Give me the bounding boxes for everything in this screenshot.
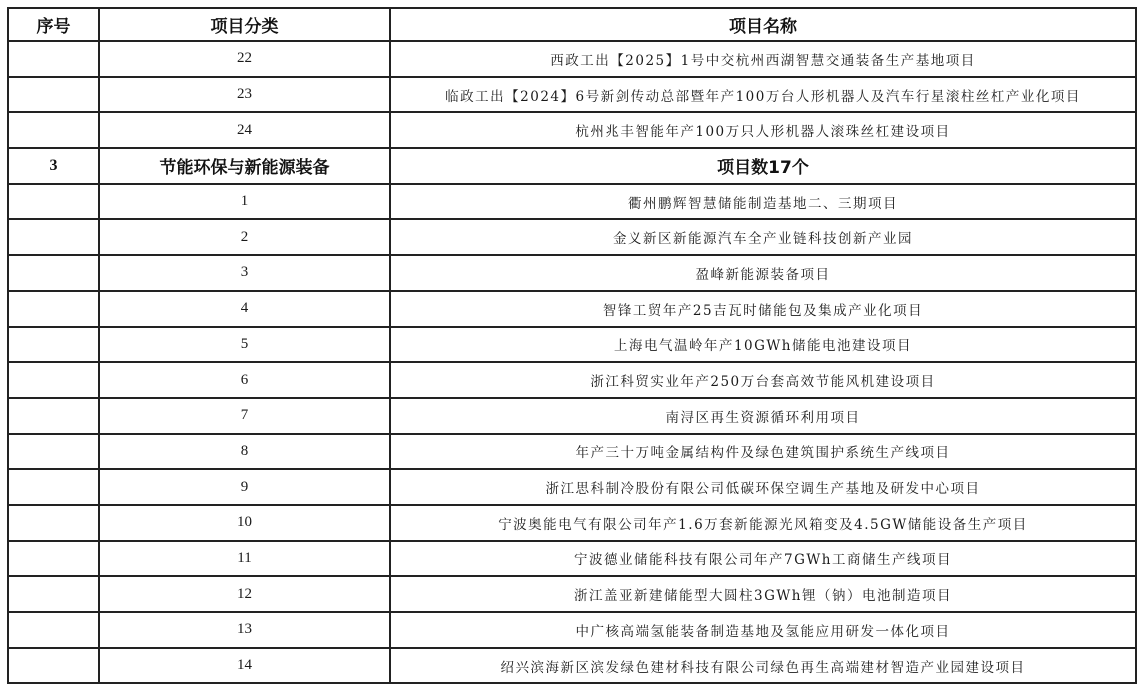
project-number: 23 [99,77,390,113]
project-name: 西政工出【2025】1号中交杭州西湖智慧交通装备生产基地项目 [390,41,1136,77]
index-cell [8,541,99,577]
project-number: 8 [99,434,390,470]
header-category: 项目分类 [99,8,390,41]
index-cell [8,576,99,612]
section-category: 节能环保与新能源装备 [99,148,390,184]
project-number: 5 [99,327,390,363]
index-cell [8,612,99,648]
table-row: 9 浙江思科制冷股份有限公司低碳环保空调生产基地及研发中心项目 [8,469,1136,505]
project-number: 10 [99,505,390,541]
project-number: 13 [99,612,390,648]
project-name: 中广核高端氢能装备制造基地及氢能应用研发一体化项目 [390,612,1136,648]
project-name: 金义新区新能源汽车全产业链科技创新产业园 [390,219,1136,255]
section-row: 3 节能环保与新能源装备 项目数17个 [8,148,1136,184]
project-number: 2 [99,219,390,255]
index-cell [8,291,99,327]
project-name: 衢州鹏辉智慧储能制造基地二、三期项目 [390,184,1136,220]
project-name: 绍兴滨海新区滨发绿色建材科技有限公司绿色再生高端建材智造产业园建设项目 [390,648,1136,684]
project-number: 9 [99,469,390,505]
project-number: 12 [99,576,390,612]
index-cell [8,41,99,77]
index-cell [8,648,99,684]
project-name: 杭州兆丰智能年产100万只人形机器人滚珠丝杠建设项目 [390,112,1136,148]
index-cell [8,362,99,398]
table-row: 24 杭州兆丰智能年产100万只人形机器人滚珠丝杠建设项目 [8,112,1136,148]
index-cell [8,505,99,541]
section-summary: 项目数17个 [390,148,1136,184]
table-row: 13 中广核高端氢能装备制造基地及氢能应用研发一体化项目 [8,612,1136,648]
project-number: 1 [99,184,390,220]
index-cell [8,327,99,363]
project-number: 4 [99,291,390,327]
project-number: 22 [99,41,390,77]
project-name: 临政工出【2024】6号新剑传动总部暨年产100万台人形机器人及汽车行星滚柱丝杠… [390,77,1136,113]
table-row: 5 上海电气温岭年产10GWh储能电池建设项目 [8,327,1136,363]
project-number: 6 [99,362,390,398]
table-row: 12 浙江盖亚新建储能型大圆柱3GWh锂（钠）电池制造项目 [8,576,1136,612]
index-cell [8,434,99,470]
index-cell [8,184,99,220]
project-name: 上海电气温岭年产10GWh储能电池建设项目 [390,327,1136,363]
table-row: 4 智锋工贸年产25吉瓦时储能包及集成产业化项目 [8,291,1136,327]
table-row: 6 浙江科贸实业年产250万台套高效节能风机建设项目 [8,362,1136,398]
section-index: 3 [8,148,99,184]
table-row: 8 年产三十万吨金属结构件及绿色建筑围护系统生产线项目 [8,434,1136,470]
index-cell [8,219,99,255]
project-name: 宁波奥能电气有限公司年产1.6万套新能源光风箱变及4.5GW储能设备生产项目 [390,505,1136,541]
project-name: 浙江盖亚新建储能型大圆柱3GWh锂（钠）电池制造项目 [390,576,1136,612]
table-row: 14 绍兴滨海新区滨发绿色建材科技有限公司绿色再生高端建材智造产业园建设项目 [8,648,1136,684]
table-row: 1 衢州鹏辉智慧储能制造基地二、三期项目 [8,184,1136,220]
project-number: 7 [99,398,390,434]
project-name: 南浔区再生资源循环利用项目 [390,398,1136,434]
index-cell [8,77,99,113]
project-number: 11 [99,541,390,577]
project-table: 序号 项目分类 项目名称 22 西政工出【2025】1号中交杭州西湖智慧交通装备… [7,7,1137,684]
project-name: 年产三十万吨金属结构件及绿色建筑围护系统生产线项目 [390,434,1136,470]
table-row: 2 金义新区新能源汽车全产业链科技创新产业园 [8,219,1136,255]
table-row: 11 宁波德业储能科技有限公司年产7GWh工商储生产线项目 [8,541,1136,577]
document-page: 序号 项目分类 项目名称 22 西政工出【2025】1号中交杭州西湖智慧交通装备… [7,7,1137,684]
project-number: 24 [99,112,390,148]
table-row: 7 南浔区再生资源循环利用项目 [8,398,1136,434]
table-row: 23 临政工出【2024】6号新剑传动总部暨年产100万台人形机器人及汽车行星滚… [8,77,1136,113]
table-row: 22 西政工出【2025】1号中交杭州西湖智慧交通装备生产基地项目 [8,41,1136,77]
table-row: 10 宁波奥能电气有限公司年产1.6万套新能源光风箱变及4.5GW储能设备生产项… [8,505,1136,541]
index-cell [8,398,99,434]
index-cell [8,112,99,148]
table-row: 3 盈峰新能源装备项目 [8,255,1136,291]
project-name: 浙江思科制冷股份有限公司低碳环保空调生产基地及研发中心项目 [390,469,1136,505]
table-header-row: 序号 项目分类 项目名称 [8,8,1136,41]
index-cell [8,255,99,291]
header-name: 项目名称 [390,8,1136,41]
project-name: 盈峰新能源装备项目 [390,255,1136,291]
project-name: 宁波德业储能科技有限公司年产7GWh工商储生产线项目 [390,541,1136,577]
project-number: 14 [99,648,390,684]
index-cell [8,469,99,505]
project-name: 智锋工贸年产25吉瓦时储能包及集成产业化项目 [390,291,1136,327]
project-number: 3 [99,255,390,291]
header-index: 序号 [8,8,99,41]
project-name: 浙江科贸实业年产250万台套高效节能风机建设项目 [390,362,1136,398]
